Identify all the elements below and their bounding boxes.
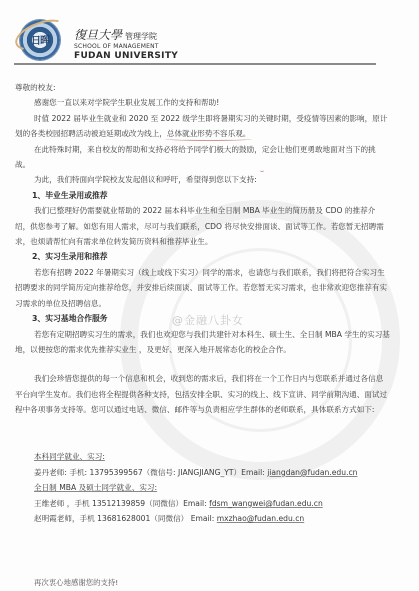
paragraph-process: 我们会珍惜您提供的每一个信息和机会，收到您的需求后，我们将在一个工作日内与您联系… — [15, 371, 390, 417]
contact-wangwei: 王维老师 ，手机 13512139859（同微信）Email: fdsm_wan… — [34, 496, 357, 512]
section-title-interns: 2、实习生录用和推荐 — [15, 249, 390, 264]
fudan-seal-logo-icon: 日晖 — [20, 20, 60, 60]
contact-jiangdan: 姜丹老师: 手机: 13795399567（微信号: JIANGJIANG_YT… — [34, 465, 357, 481]
contact-text: 赵明霞老师，手机 13681628001（同微信） Email: — [34, 514, 217, 523]
encouragement-text: 在此特殊时期，来自校友的帮助和支持必将给予同学们极大的鼓励， — [34, 145, 262, 154]
paragraph-thanks: 感谢您一直以来对学院学生职业发展工作的支持和帮助! — [15, 95, 390, 110]
email-link-wangwei[interactable]: fdsm_wangwei@fudan.edu.cn — [209, 499, 323, 508]
letter-page: 日晖 復旦大學管理学院 SCHOOL OF MANAGEMENT FUDAN U… — [0, 0, 419, 591]
header-divider — [14, 63, 376, 65]
email-link-jiangdan[interactable]: jiangdan@fudan.edu.cn — [267, 468, 357, 477]
logo-school-en: SCHOOL OF MANAGEMENT — [74, 43, 159, 50]
section-body-internship-base: 若您有定期招聘实习生的需求，我们也欢迎您与我们共建针对本科生、硕士生、全日制 M… — [15, 327, 390, 358]
logo-university-cn: 復旦大學 — [74, 28, 122, 42]
salutation: 尊敬的校友: — [15, 80, 390, 95]
email-link-mxzhao[interactable]: mxzhao@fudan.edu.cn — [217, 514, 304, 523]
section-body-graduates: 我们已整理好仍需要就业帮助的 2022 届本科毕业生和全日制 MBA 毕业生的简… — [15, 203, 390, 249]
contact-group-mba-title: 全日制 MBA 及硕士同学就业、实习: — [34, 480, 357, 496]
highlighted-phrase: 总体就业形势不容乐观。 — [167, 129, 251, 138]
contact-text: 王维老师 ，手机 13512139859（同微信）Email: — [34, 499, 209, 508]
paragraph-encouragement: 在此特殊时期，来自校友的帮助和支持必将给予同学们极大的鼓励，定会让他们更勇敢地面… — [15, 142, 390, 173]
paragraph-appeal: 为此，我们特面向学院校友发起倡议和呼吁，希望得到您以下支持: — [15, 172, 390, 187]
contact-text: 姜丹老师: 手机: 13795399567（微信号: JIANGJIANG_YT… — [34, 468, 267, 477]
letter-body: 尊敬的校友: 感谢您一直以来对学院学生职业发展工作的支持和帮助! 时值 2022… — [15, 80, 390, 418]
section-body-interns: 若您有招聘 2022 年暑期实习（线上或线下实习）同学的需求，也请您与我们联系，… — [15, 265, 390, 311]
logo-school-cn: 管理学院 — [125, 32, 157, 41]
seal-text: 日晖 — [30, 32, 50, 47]
section-title-graduates: 1、毕业生录用或推荐 — [15, 188, 390, 203]
closing-line: 再次衷心地感谢您的支持! — [34, 577, 118, 588]
logo-chinese-name: 復旦大學管理学院 — [74, 26, 157, 43]
paragraph-context: 时值 2022 届毕业生就业和 2020 至 2022 级学生即将暑期实习的关键… — [15, 111, 390, 142]
contact-list: 本科同学就业、实习: 姜丹老师: 手机: 13795399567（微信号: JI… — [34, 449, 357, 527]
letterhead: 日晖 復旦大學管理学院 SCHOOL OF MANAGEMENT FUDAN U… — [14, 14, 394, 64]
contact-group-undergrad-title: 本科同学就业、实习: — [34, 449, 357, 465]
logo-university-en: FUDAN UNIVERSITY — [74, 51, 178, 61]
section-title-internship-base: 3、实习基地合作服务 — [15, 311, 390, 326]
contact-mxzhao: 赵明霞老师，手机 13681628001（同微信） Email: mxzhao@… — [34, 511, 357, 527]
